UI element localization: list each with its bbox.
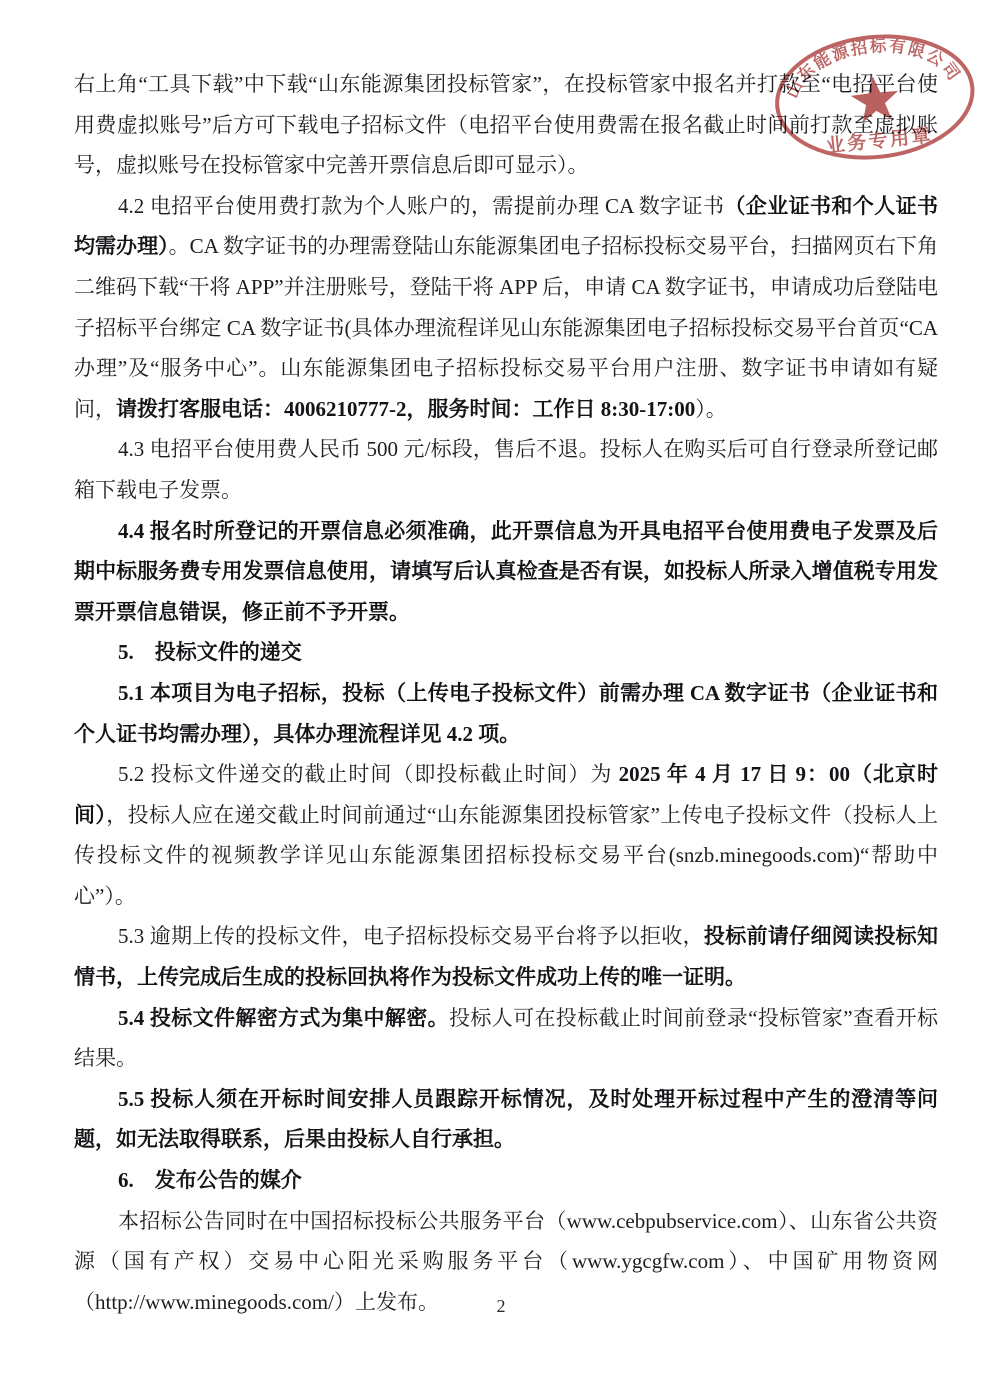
text-run: 右上角“工具下载”中下载“山东能源集团投标管家”，在投标管家中报名并打款至“电招… xyxy=(74,72,938,177)
paragraph-4-3: 4.3 电招平台使用费人民币 500 元/标段，售后不退。投标人在购买后可自行登… xyxy=(74,429,938,510)
document-page: 右上角“工具下载”中下载“山东能源集团投标管家”，在投标管家中报名并打款至“电招… xyxy=(0,0,1002,1389)
section-heading-text: 5. 投标文件的递交 xyxy=(118,640,302,664)
text-run: 4.3 电招平台使用费人民币 500 元/标段，售后不退。投标人在购买后可自行登… xyxy=(74,437,938,502)
text-run-bold: 5.1 本项目为电子招标，投标（上传电子投标文件）前需办理 CA 数字证书（企业… xyxy=(74,681,938,746)
text-run: ，投标人应在递交截止时间前通过“山东能源集团投标管家”上传电子投标文件（投标人上… xyxy=(74,803,938,908)
paragraph-intro-continuation: 右上角“工具下载”中下载“山东能源集团投标管家”，在投标管家中报名并打款至“电招… xyxy=(74,64,938,186)
page-number: 2 xyxy=(0,1296,1002,1317)
paragraph-5-2: 5.2 投标文件递交的截止时间（即投标截止时间）为 2025 年 4 月 17 … xyxy=(74,754,938,916)
document-body: 右上角“工具下载”中下载“山东能源集团投标管家”，在投标管家中报名并打款至“电招… xyxy=(74,64,938,1322)
text-run: 5.3 逾期上传的投标文件，电子招标投标交易平台将予以拒收， xyxy=(118,924,704,948)
text-run-bold: 5.4 投标文件解密方式为集中解密。 xyxy=(118,1006,449,1030)
text-run: 5.2 投标文件递交的截止时间（即投标截止时间）为 xyxy=(118,762,619,786)
heading-section-5: 5. 投标文件的递交 xyxy=(74,632,938,673)
section-heading-text: 6. 发布公告的媒介 xyxy=(118,1168,302,1192)
paragraph-4-2: 4.2 电招平台使用费打款为个人账户的，需提前办理 CA 数字证书（企业证书和个… xyxy=(74,186,938,430)
text-run-bold: 4.4 报名时所登记的开票信息必须准确，此开票信息为开具电招平台使用费电子发票及… xyxy=(74,519,938,624)
paragraph-4-4: 4.4 报名时所登记的开票信息必须准确，此开票信息为开具电招平台使用费电子发票及… xyxy=(74,511,938,633)
paragraph-5-1: 5.1 本项目为电子招标，投标（上传电子投标文件）前需办理 CA 数字证书（企业… xyxy=(74,673,938,754)
text-run: 。CA 数字证书的办理需登陆山东能源集团电子招标投标交易平台，扫描网页右下角二维… xyxy=(74,234,938,420)
paragraph-5-3: 5.3 逾期上传的投标文件，电子招标投标交易平台将予以拒收，投标前请仔细阅读投标… xyxy=(74,916,938,997)
paragraph-5-5: 5.5 投标人须在开标时间安排人员跟踪开标情况，及时处理开标过程中产生的澄清等问… xyxy=(74,1079,938,1160)
text-run: 4.2 电招平台使用费打款为个人账户的，需提前办理 CA 数字证书 xyxy=(118,194,724,218)
text-run: ）。 xyxy=(695,397,727,421)
heading-section-6: 6. 发布公告的媒介 xyxy=(74,1160,938,1201)
text-run-bold: 5.5 投标人须在开标时间安排人员跟踪开标情况，及时处理开标过程中产生的澄清等问… xyxy=(74,1087,938,1152)
paragraph-5-4: 5.4 投标文件解密方式为集中解密。投标人可在投标截止时间前登录“投标管家”查看… xyxy=(74,998,938,1079)
text-run-bold: 请拨打客服电话：4006210777-2，服务时间：工作日 8:30-17:00 xyxy=(116,397,695,421)
